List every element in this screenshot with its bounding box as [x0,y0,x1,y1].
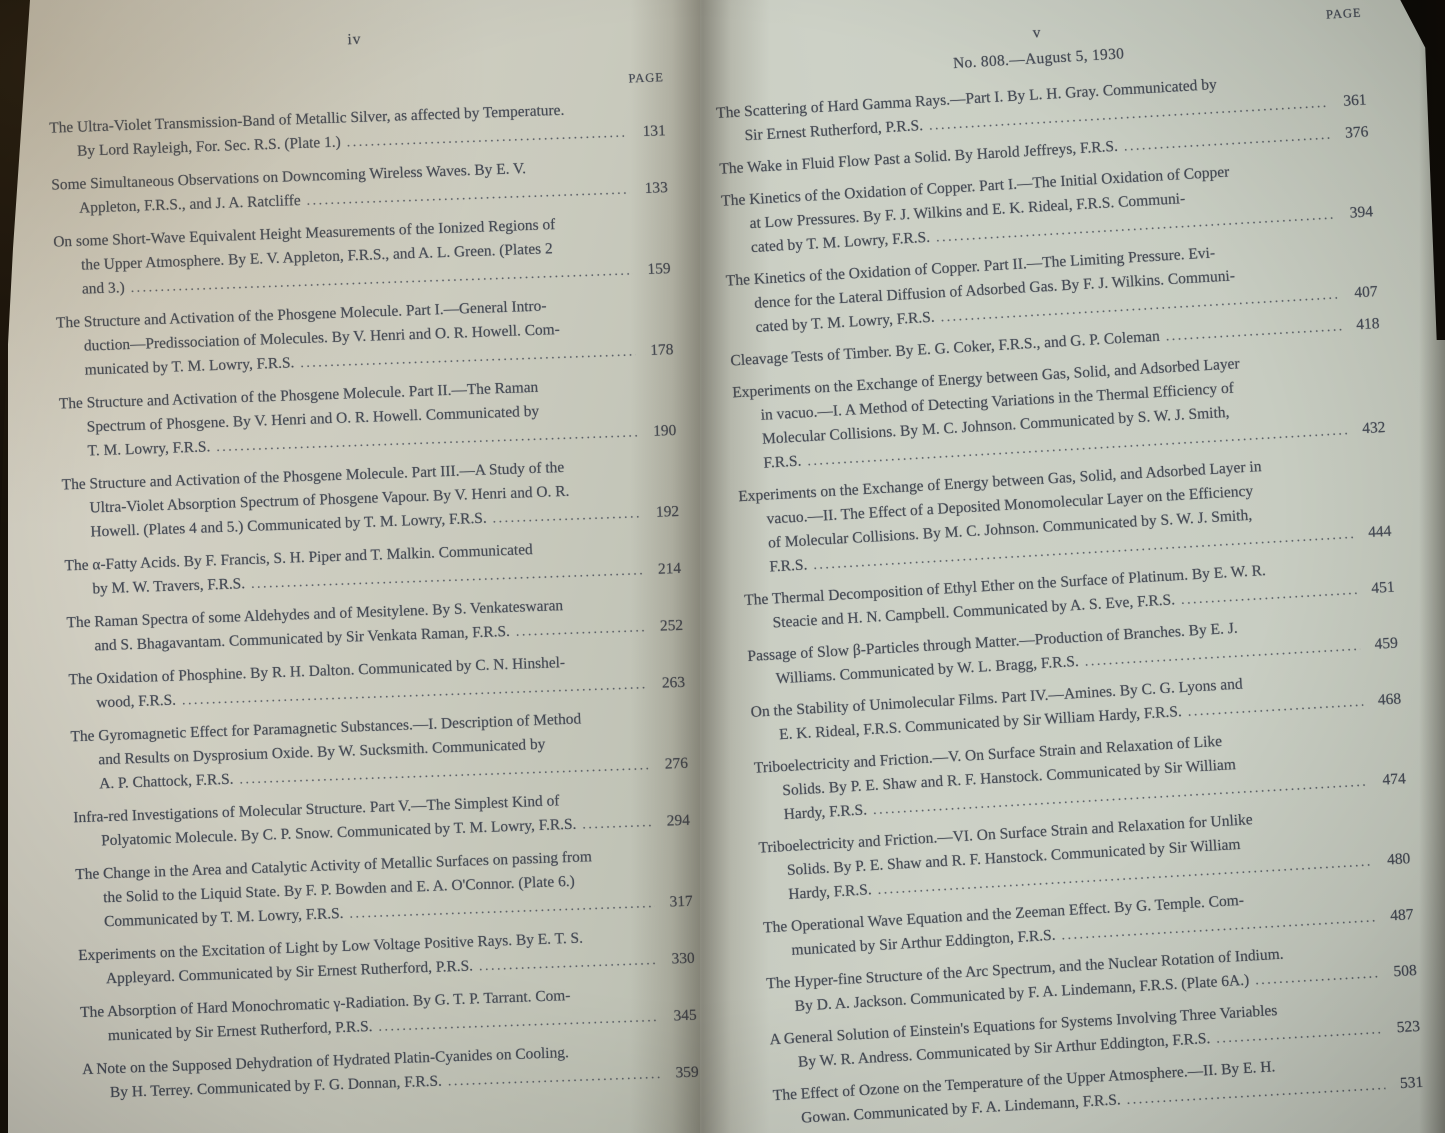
page-number: 252 [649,614,684,639]
page-number: 531 [1389,1071,1424,1097]
page-number: 432 [1351,416,1386,442]
page-folio-text: v [1032,24,1042,41]
toc-line-text: F.R.S. [769,553,808,579]
toc-line-text: A. P. Chattock, F.R.S. [99,768,234,797]
page-number: 192 [645,500,680,525]
toc-entry: The Structure and Activation of the Phos… [61,452,679,545]
page-number: 263 [651,671,686,696]
dot-leader [582,810,652,836]
page-number: 361 [1332,88,1367,114]
page-number: 214 [647,557,682,582]
toc-entry-list: The Scattering of Hard Gamma Rays.—Part … [716,64,1424,1132]
toc-entry: The Raman Spectra of some Aldehydes and … [66,590,683,659]
page-number: 178 [639,338,674,363]
toc-entry: A Note on the Supposed Dehydration of Hy… [82,1037,699,1106]
toc-line-text: and 3.) [82,276,126,301]
toc-entry-list: The Ultra-Violet Transmission-Band of Me… [49,95,699,1106]
page-number: 480 [1376,847,1411,873]
toc-entry: The α-Fatty Acids. By F. Francis, S. H. … [64,533,681,602]
toc-entry: Infra-red Investigations of Molecular St… [73,785,690,854]
toc-entry: The Gyromagnetic Effect for Paramagnetic… [70,704,688,797]
toc-line-text: by M. W. Travers, F.R.S. [92,572,245,601]
toc-entry: The Oxidation of Phosphine. By R. H. Dal… [68,647,685,716]
toc-entry: On some Short-Wave Equivalent Height Mea… [53,209,671,302]
toc-entry: The Absorption of Hard Monochromatic γ-R… [80,980,697,1049]
page-number: 523 [1385,1015,1420,1041]
page-number: 190 [642,419,677,444]
page-number: 294 [655,809,690,834]
page-number: 159 [636,257,671,282]
toc-entry: The Structure and Activation of the Phos… [56,290,674,383]
page-number: 317 [658,890,693,915]
dot-leader [515,615,645,643]
toc-entry: The Structure and Activation of the Phos… [59,371,677,464]
page-number: 330 [660,947,695,972]
page-number: 345 [662,1004,697,1029]
page-number: 359 [664,1061,699,1086]
right-page-contents: v PAGE No. 808.—August 5, 1930 The Scatt… [712,3,1424,1133]
toc-line-text: T. M. Lowry, F.R.S. [87,435,211,463]
dot-leader [479,948,658,978]
page-number: 468 [1366,687,1401,713]
book-photo: iv PAGE The Ultra-Violet Transmission-Ba… [0,0,1445,1133]
page-number: 407 [1343,280,1378,306]
page-number: 133 [633,176,668,201]
toc-line-text: Hardy, F.R.S. [788,878,873,907]
page-number: 376 [1334,120,1369,146]
page-number: 508 [1382,959,1417,985]
page-number: 276 [653,752,688,777]
page-number: 418 [1345,312,1380,338]
page-number: 394 [1338,200,1373,226]
page-number: 131 [631,119,666,144]
dot-leader [1165,314,1342,348]
dot-leader [1123,123,1331,159]
page-number: 459 [1363,632,1398,658]
toc-line-text: F.R.S. [763,450,802,476]
page-number: 487 [1379,903,1414,929]
toc-entry: Some Simultaneous Observations on Downco… [51,152,668,221]
toc-entry: The Change in the Area and Catalytic Act… [75,842,693,935]
dot-leader [492,501,641,530]
left-page-contents: iv PAGE The Ultra-Violet Transmission-Ba… [46,17,699,1115]
page-column-label: PAGE [1325,1,1362,27]
toc-line-text: Hardy, F.R.S. [783,798,868,827]
page-number: 444 [1357,520,1392,546]
page-number: 451 [1360,576,1395,602]
page-number: 474 [1371,767,1406,793]
toc-entry: Experiments on the Excitation of Light b… [78,923,695,992]
toc-line-text: wood, F.R.S. [96,689,176,716]
